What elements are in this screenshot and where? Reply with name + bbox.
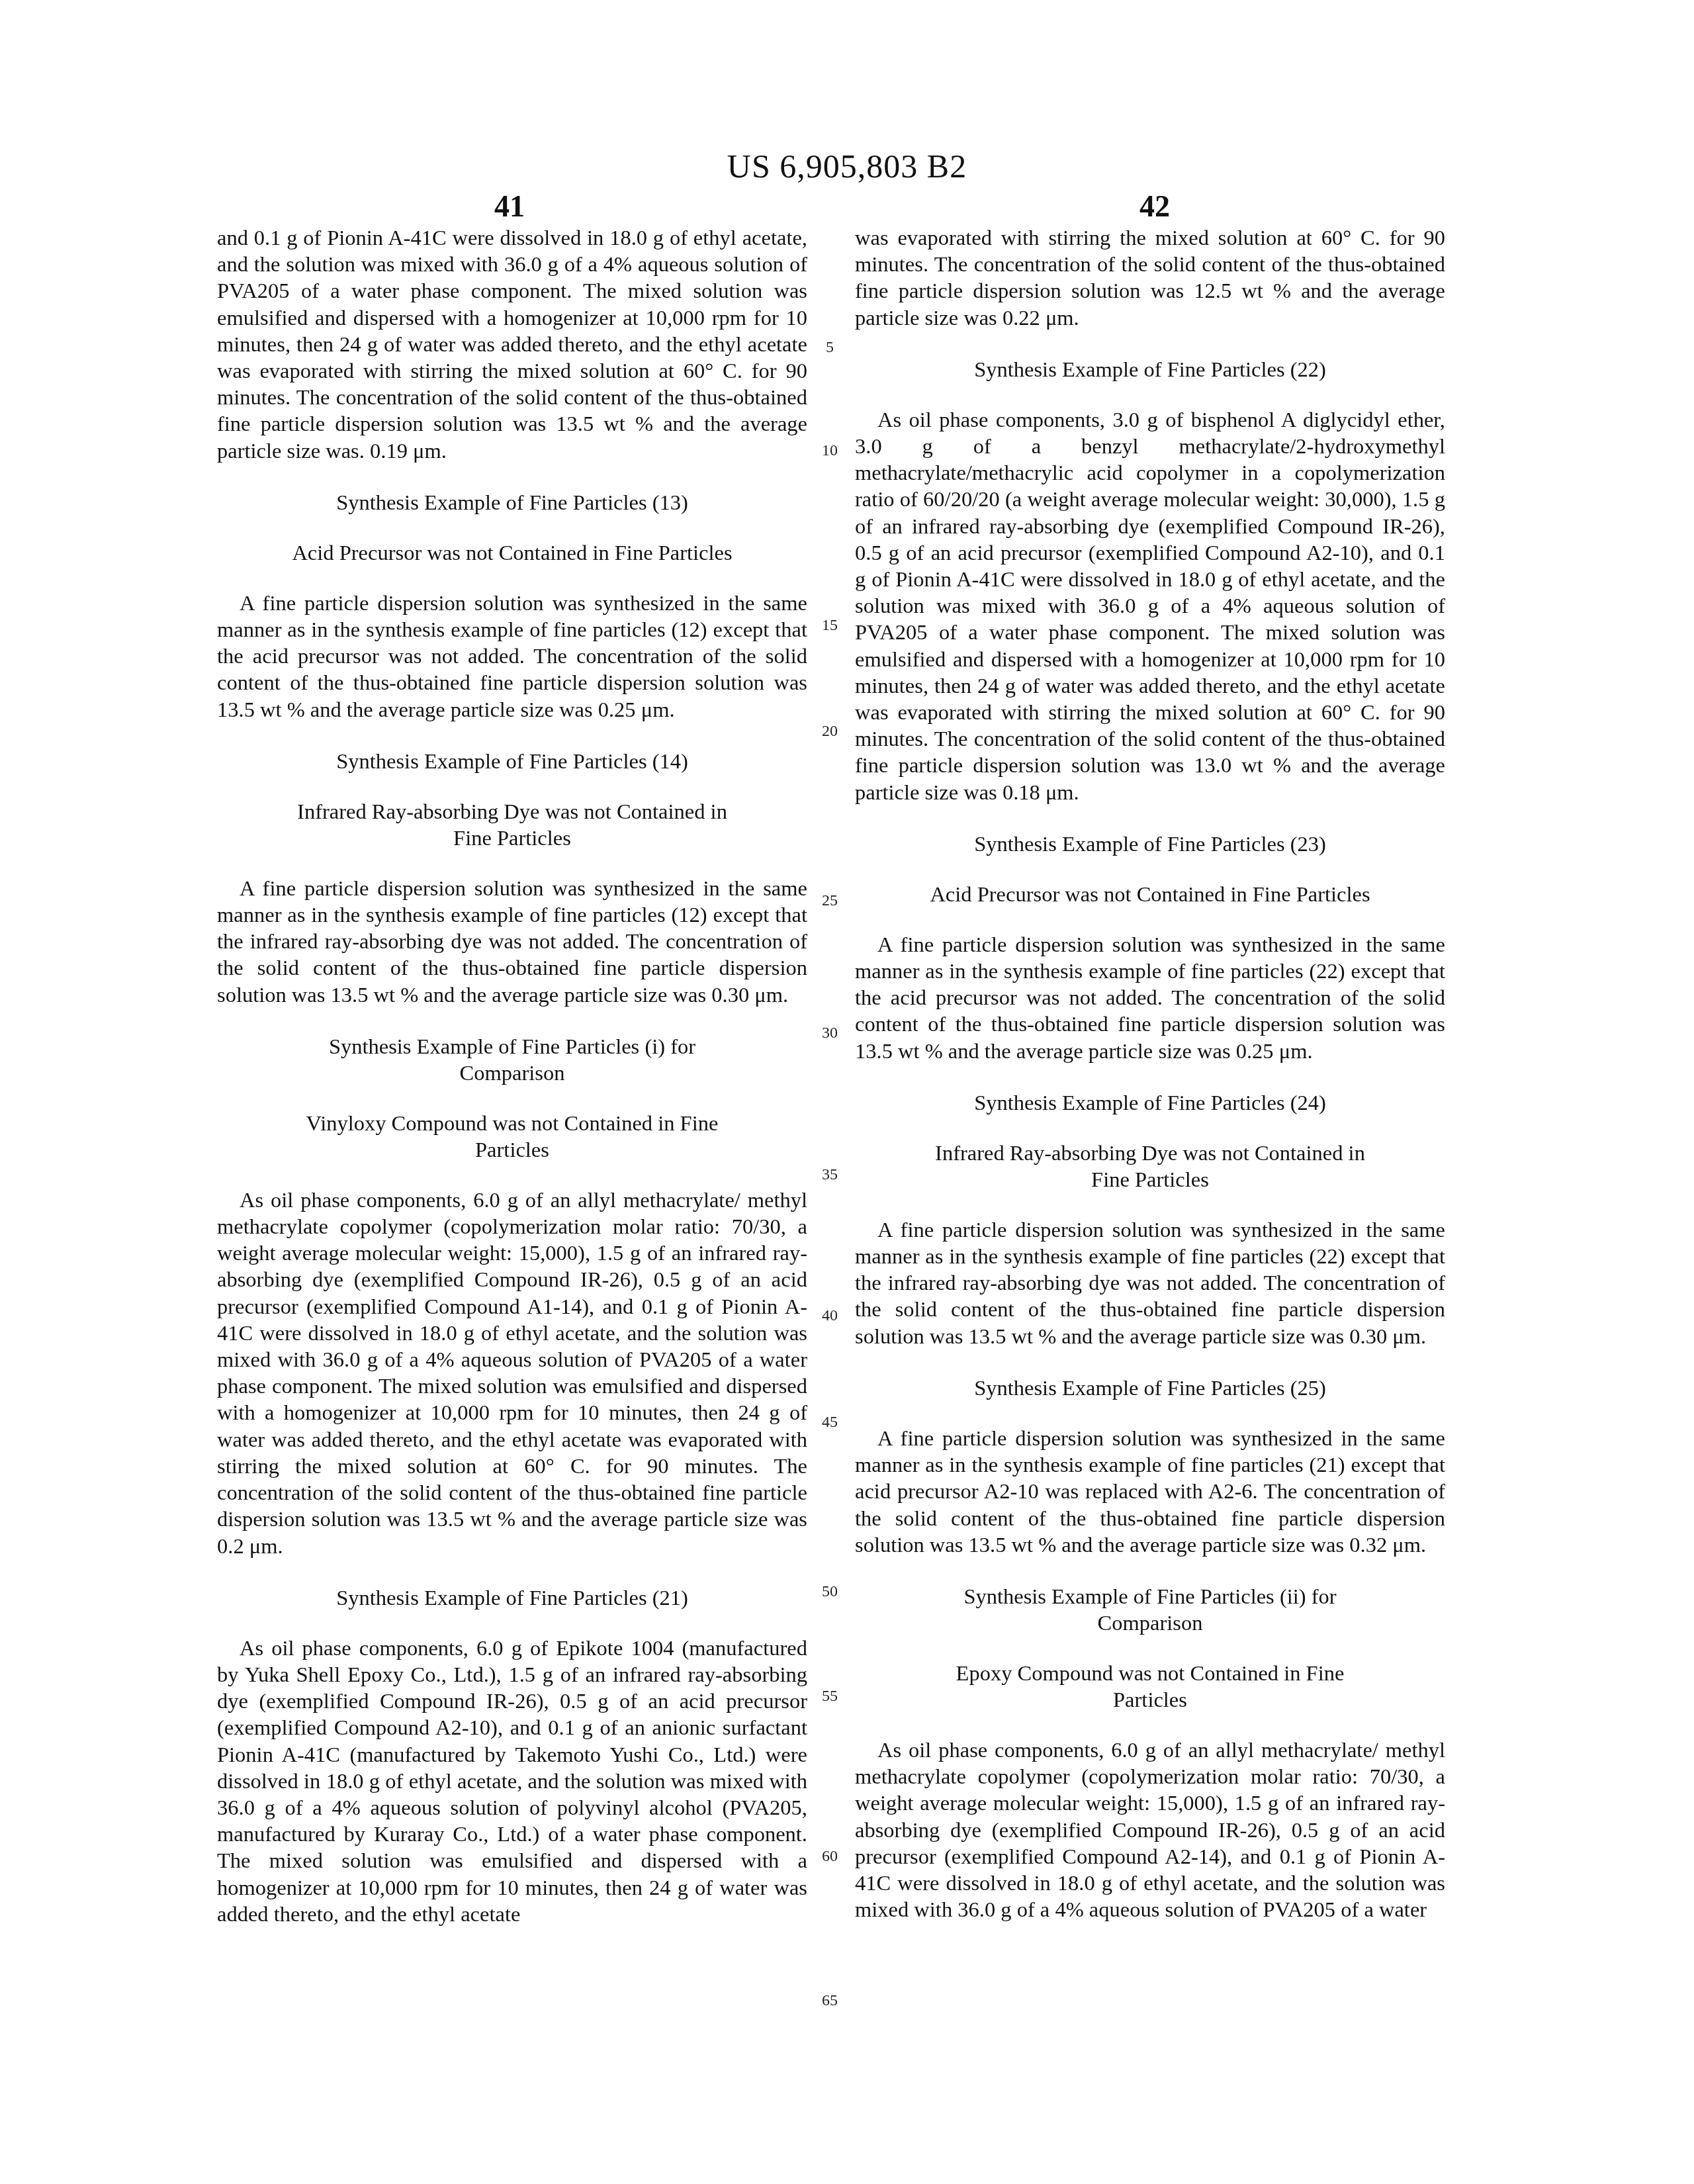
paragraph-continued: was evaporated with stirring the mixed s… (855, 225, 1445, 332)
paragraph-21: As oil phase components, 6.0 g of Epikot… (217, 1635, 807, 1928)
line-number: 60 (810, 1848, 850, 1866)
subheading-line: Particles (855, 1687, 1445, 1713)
line-number: 10 (810, 442, 850, 460)
section-heading-14: Synthesis Example of Fine Particles (14) (217, 749, 807, 775)
section-heading-23: Synthesis Example of Fine Particles (23) (855, 831, 1445, 858)
section-subheading-ii: Epoxy Compound was not Contained in Fine… (855, 1661, 1445, 1713)
line-number: 25 (810, 892, 850, 910)
paragraph-continued: and 0.1 g of Pionin A-41C were dissolved… (217, 225, 807, 465)
line-number: 35 (810, 1166, 850, 1184)
section-subheading-23: Acid Precursor was not Contained in Fine… (855, 882, 1445, 908)
subheading-line: Infrared Ray-absorbing Dye was not Conta… (217, 799, 807, 825)
line-number: 15 (810, 617, 850, 635)
line-number: 55 (810, 1688, 850, 1706)
subheading-line: Fine Particles (855, 1167, 1445, 1193)
line-number: 50 (810, 1583, 850, 1601)
paragraph-14: A fine particle dispersion solution was … (217, 876, 807, 1009)
section-heading-22: Synthesis Example of Fine Particles (22) (855, 357, 1445, 383)
section-heading-13: Synthesis Example of Fine Particles (13) (217, 490, 807, 516)
heading-line: Synthesis Example of Fine Particles (ii)… (855, 1584, 1445, 1610)
right-column: was evaporated with stirring the mixed s… (855, 225, 1445, 1923)
section-subheading-14: Infrared Ray-absorbing Dye was not Conta… (217, 799, 807, 852)
section-heading-i: Synthesis Example of Fine Particles (i) … (217, 1034, 807, 1087)
line-number: 30 (810, 1024, 850, 1042)
heading-line: Comparison (855, 1610, 1445, 1637)
section-heading-25: Synthesis Example of Fine Particles (25) (855, 1375, 1445, 1402)
left-column-number: 41 (443, 189, 576, 224)
section-heading-24: Synthesis Example of Fine Particles (24) (855, 1090, 1445, 1116)
line-number: 45 (810, 1414, 850, 1432)
heading-line: Synthesis Example of Fine Particles (i) … (217, 1034, 807, 1060)
section-subheading-24: Infrared Ray-absorbing Dye was not Conta… (855, 1140, 1445, 1193)
paragraph-22: As oil phase components, 3.0 g of bisphe… (855, 407, 1445, 806)
subheading-line: Infrared Ray-absorbing Dye was not Conta… (855, 1140, 1445, 1167)
section-subheading-13: Acid Precursor was not Contained in Fine… (217, 540, 807, 567)
paragraph-i: As oil phase components, 6.0 g of an all… (217, 1187, 807, 1560)
section-heading-ii: Synthesis Example of Fine Particles (ii)… (855, 1584, 1445, 1637)
line-number: 40 (810, 1307, 850, 1325)
paragraph-ii: As oil phase components, 6.0 g of an all… (855, 1737, 1445, 1923)
patent-number: US 6,905,803 B2 (0, 147, 1694, 185)
subheading-line: Epoxy Compound was not Contained in Fine (855, 1661, 1445, 1687)
paragraph-13: A fine particle dispersion solution was … (217, 590, 807, 723)
line-number: 65 (810, 1992, 850, 2010)
left-column: and 0.1 g of Pionin A-41C were dissolved… (217, 225, 807, 1928)
line-number: 20 (810, 723, 850, 741)
subheading-line: Particles (217, 1137, 807, 1163)
paragraph-23: A fine particle dispersion solution was … (855, 932, 1445, 1065)
section-subheading-i: Vinyloxy Compound was not Contained in F… (217, 1111, 807, 1163)
paragraph-24: A fine particle dispersion solution was … (855, 1217, 1445, 1350)
paragraph-25: A fine particle dispersion solution was … (855, 1426, 1445, 1559)
subheading-line: Vinyloxy Compound was not Contained in F… (217, 1111, 807, 1137)
heading-line: Comparison (217, 1060, 807, 1087)
section-heading-21: Synthesis Example of Fine Particles (21) (217, 1585, 807, 1612)
right-column-number: 42 (1089, 189, 1221, 224)
subheading-line: Fine Particles (217, 825, 807, 852)
line-number: 5 (810, 339, 850, 357)
